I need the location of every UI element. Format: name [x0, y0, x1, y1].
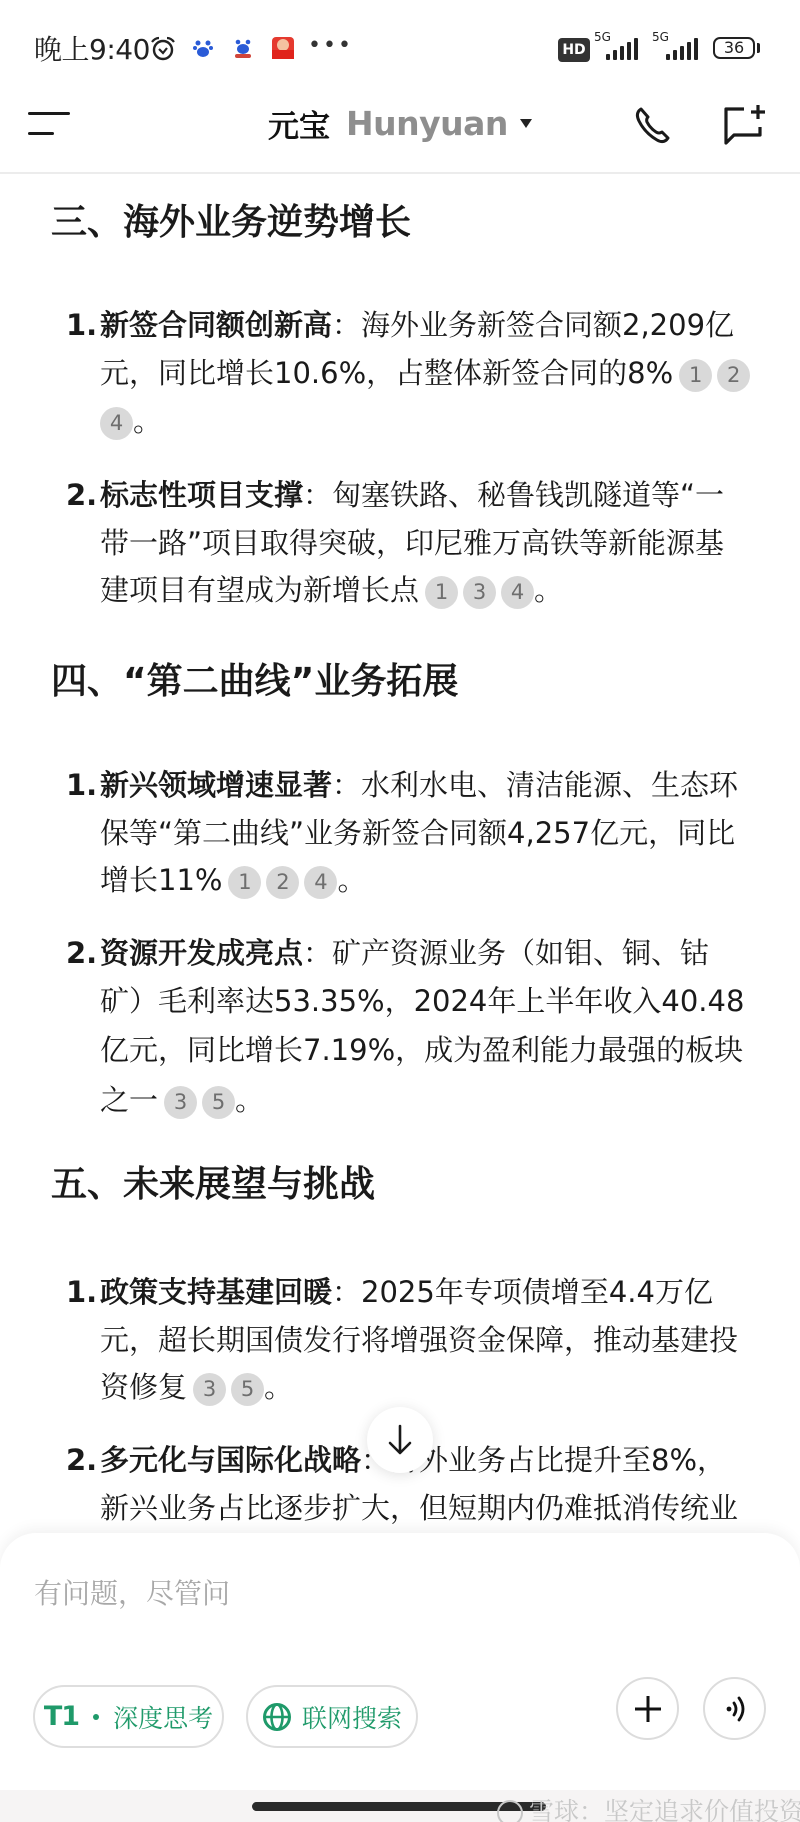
citation-badge[interactable]: 3 — [193, 1373, 226, 1406]
citation-badge[interactable]: 5 — [202, 1086, 235, 1119]
item-text: ：海外业务新签合同额2,209亿 — [332, 308, 734, 342]
citation-badge[interactable]: 5 — [231, 1373, 264, 1406]
battery-tip — [757, 43, 760, 53]
signal-sim1-icon: 5G — [594, 34, 644, 62]
watermark: 雪球：坚定追求价值投资 — [497, 1792, 800, 1822]
list-item-line: 4。 — [100, 401, 162, 441]
item-text: ：匈塞铁路、秘鲁钱凯隧道等“一 — [303, 478, 724, 512]
attach-button[interactable] — [616, 1677, 679, 1740]
list-number: 2. — [66, 933, 97, 973]
more-notifications-icon: ••• — [308, 33, 353, 58]
item-title: 资源开发成亮点 — [100, 936, 303, 970]
item-text: ：2025年专项债增至4.4万亿 — [332, 1275, 713, 1309]
list-item-line: 标志性项目支撑：匈塞铁路、秘鲁钱凯隧道等“一 — [100, 475, 724, 515]
header-divider — [0, 172, 800, 174]
model-selector[interactable]: 元宝 Hunyuan — [268, 100, 532, 146]
list-item-line: 资源开发成亮点：矿产资源业务（如钼、铜、钴 — [100, 933, 709, 973]
arrow-down-icon — [387, 1424, 413, 1456]
item-text: 资修复 — [100, 1370, 187, 1404]
list-number: 2. — [66, 1440, 97, 1480]
item-text: ：水利水电、清洁能源、生态环 — [332, 768, 738, 802]
item-text-end: 。 — [337, 863, 366, 897]
item-title: 新兴领域增速显著 — [100, 768, 332, 802]
list-number: 1. — [66, 1272, 97, 1312]
baidu-app-icon — [192, 37, 214, 59]
message-input[interactable]: 有问题，尽管问 — [34, 1574, 230, 1614]
plus-icon — [633, 1694, 663, 1724]
item-text-end: 。 — [534, 573, 563, 607]
menu-line — [28, 112, 70, 115]
list-item-line: 亿元，同比增长7.19%，成为盈利能力最强的板块 — [100, 1030, 743, 1070]
citation-badge[interactable]: 1 — [679, 359, 712, 392]
item-title: 多元化与国际化战略 — [100, 1443, 361, 1477]
list-item-line: 新兴领域增速显著：水利水电、清洁能源、生态环 — [100, 765, 738, 805]
list-item-line: 建项目有望成为新增长点134。 — [100, 570, 563, 610]
scroll-to-bottom-button[interactable] — [367, 1407, 433, 1473]
citation-badge[interactable]: 1 — [228, 866, 261, 899]
hd-voice-badge: HD — [558, 38, 590, 62]
item-text-end: 。 — [264, 1370, 293, 1404]
list-item-line: 矿）毛利率达53.35%，2024年上半年收入40.48 — [100, 981, 744, 1021]
separator-dot — [93, 1714, 99, 1720]
citation-group: 35 — [193, 1370, 264, 1404]
globe-icon — [262, 1702, 292, 1732]
phone-call-icon[interactable] — [631, 103, 675, 147]
item-text: 增长11% — [100, 863, 222, 897]
item-text-end: 。 — [235, 1083, 264, 1117]
citation-group: 4 — [100, 404, 133, 438]
composer-panel — [0, 1533, 800, 1793]
list-item-line: 之一35。 — [100, 1080, 264, 1120]
web-search-toggle[interactable]: 联网搜索 — [246, 1685, 418, 1748]
snowball-logo-icon — [497, 1800, 523, 1822]
signal-sim2-icon: 5G — [652, 34, 706, 62]
deep-think-toggle[interactable]: T1 深度思考 — [33, 1685, 224, 1748]
item-title: 标志性项目支撑 — [100, 478, 303, 512]
web-search-label: 联网搜索 — [302, 1699, 402, 1735]
citation-group: 134 — [425, 573, 534, 607]
list-item-line: 元，超长期国债发行将增强资金保障，推动基建投 — [100, 1320, 738, 1360]
baidu-lite-app-icon — [232, 37, 254, 59]
list-number: 1. — [66, 305, 97, 345]
citation-badge[interactable]: 2 — [717, 359, 750, 392]
item-text: 之一 — [100, 1083, 158, 1117]
citation-group: 124 — [228, 863, 337, 897]
item-text: 新兴业务占比逐步扩大，但短期内仍难抵消传统业 — [100, 1491, 738, 1525]
item-text: 亿元，同比增长7.19%，成为盈利能力最强的板块 — [100, 1033, 743, 1067]
alarm-icon — [150, 36, 176, 62]
list-item-line: 带一路”项目取得突破，印尼雅万高铁等新能源基 — [100, 523, 724, 563]
caret-down-icon — [520, 119, 532, 128]
list-item-line: 保等“第二曲线”业务新签合同额4,257亿元，同比 — [100, 813, 735, 853]
item-text: ：矿产资源业务（如钼、铜、钴 — [303, 936, 709, 970]
item-text: 矿）毛利率达53.35%，2024年上半年收入40.48 — [100, 984, 744, 1018]
list-item-line: 新兴业务占比逐步扩大，但短期内仍难抵消传统业 — [100, 1488, 738, 1528]
citation-badge[interactable]: 2 — [266, 866, 299, 899]
item-title: 政策支持基建回暖 — [100, 1275, 332, 1309]
section-heading: 三、海外业务逆势增长 — [51, 201, 411, 245]
list-number: 1. — [66, 765, 97, 805]
citation-badge[interactable]: 4 — [501, 576, 534, 609]
citation-group: 35 — [164, 1083, 235, 1117]
citation-badge[interactable]: 4 — [100, 407, 133, 440]
menu-line — [28, 132, 54, 135]
battery-indicator: 36 — [713, 37, 755, 59]
deep-think-label: 深度思考 — [113, 1699, 213, 1735]
list-item-line: 增长11%124。 — [100, 860, 366, 900]
section-heading: 五、未来展望与挑战 — [51, 1163, 375, 1207]
citation-badge[interactable]: 3 — [463, 576, 496, 609]
status-time: 晚上9:40 — [34, 32, 150, 68]
item-text: 元，超长期国债发行将增强资金保障，推动基建投 — [100, 1323, 738, 1357]
list-item-line: 元，同比增长10.6%，占整体新签合同的8%12 — [100, 353, 750, 393]
citation-badge[interactable]: 1 — [425, 576, 458, 609]
item-text: 带一路”项目取得突破，印尼雅万高铁等新能源基 — [100, 526, 724, 560]
new-chat-icon[interactable] — [722, 103, 766, 147]
menu-button[interactable] — [28, 108, 70, 138]
battery-level: 36 — [724, 38, 744, 57]
red-envelope-app-icon — [272, 37, 294, 59]
deep-think-model-tag: T1 — [44, 1701, 79, 1732]
voice-input-button[interactable] — [703, 1677, 766, 1740]
item-text: 元，同比增长10.6%，占整体新签合同的8% — [100, 356, 673, 390]
voice-wave-icon — [720, 1694, 750, 1724]
item-text: 保等“第二曲线”业务新签合同额4,257亿元，同比 — [100, 816, 735, 850]
list-number: 2. — [66, 475, 97, 515]
model-name: Hunyuan — [346, 104, 508, 143]
citation-group: 12 — [679, 356, 750, 390]
list-item-line: 新签合同额创新高：海外业务新签合同额2,209亿 — [100, 305, 734, 345]
item-text: 建项目有望成为新增长点 — [100, 573, 419, 607]
section-heading: 四、“第二曲线”业务拓展 — [51, 660, 458, 704]
app-title: 元宝 — [268, 101, 330, 146]
item-text-end: 。 — [133, 404, 162, 438]
item-title: 新签合同额创新高 — [100, 308, 332, 342]
list-item-line: 资修复35。 — [100, 1367, 293, 1407]
citation-badge[interactable]: 4 — [304, 866, 337, 899]
list-item-line: 政策支持基建回暖：2025年专项债增至4.4万亿 — [100, 1272, 713, 1312]
citation-badge[interactable]: 3 — [164, 1086, 197, 1119]
